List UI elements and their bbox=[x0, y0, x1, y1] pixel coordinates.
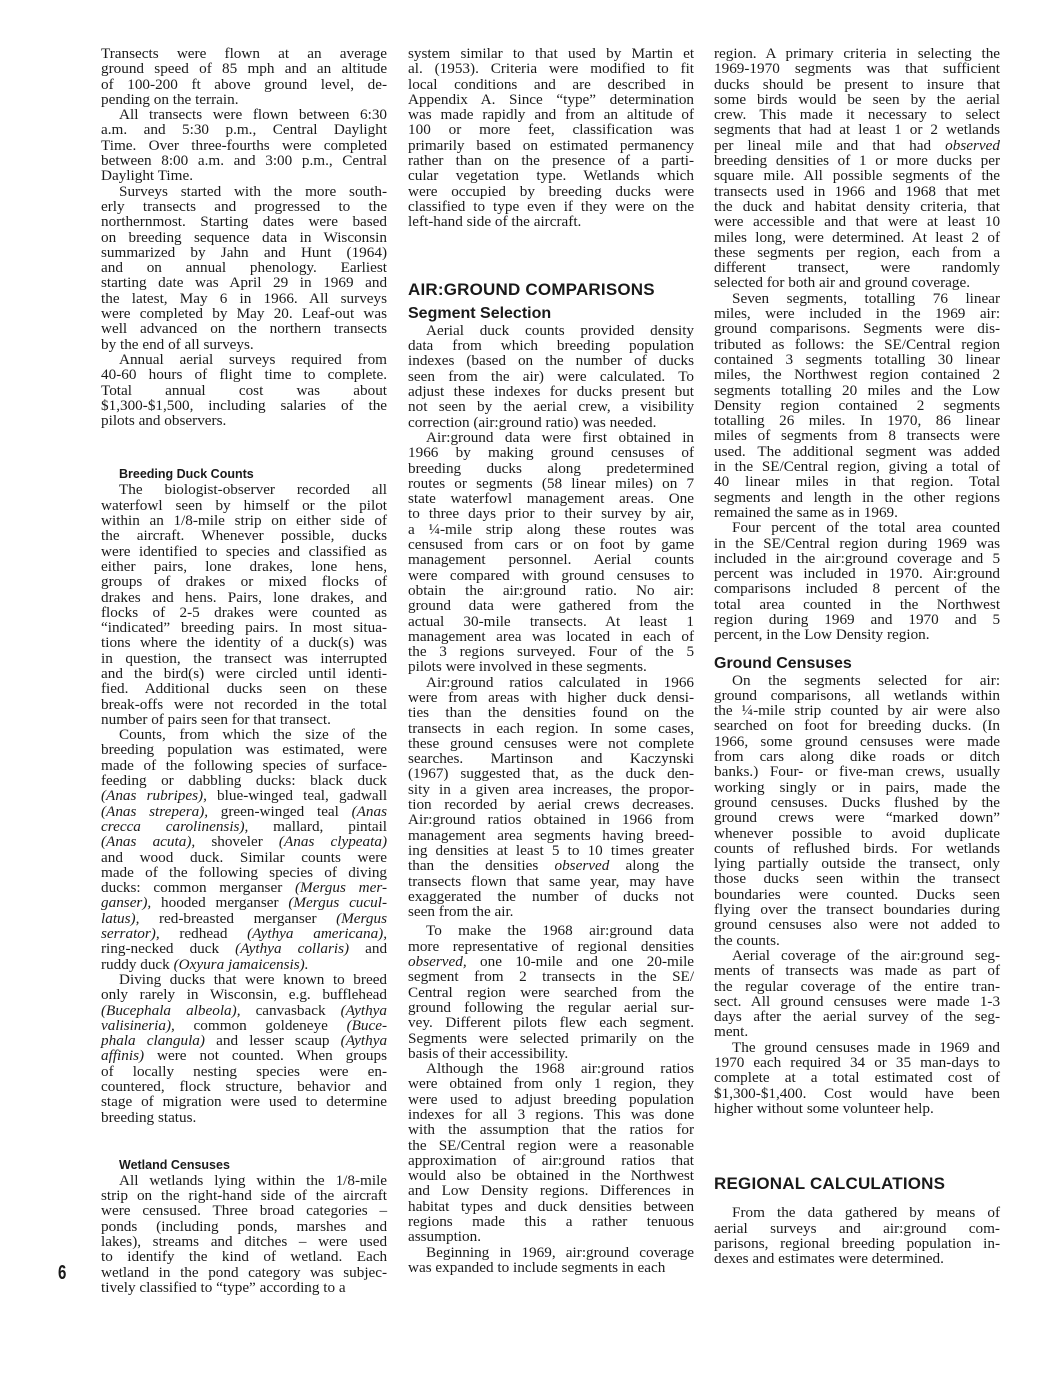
text-line: per lineal mile and that had observed bbox=[714, 138, 1000, 153]
text-line: phala clangula) and lesser scaup (Aythya bbox=[101, 1033, 387, 1048]
text-line: these ground censuses were not complete bbox=[408, 736, 694, 751]
text-line: different transect, were randomly bbox=[714, 260, 1000, 275]
text-line: segments totalling 20 miles and the Low bbox=[714, 383, 1000, 398]
text-line: tion recorded by aerial crews decreases. bbox=[408, 797, 694, 812]
text-line: not seen by the aerial crew, a visibilit… bbox=[408, 399, 694, 414]
text-line: the latest, May 6 in 1966. All surveys bbox=[101, 291, 387, 306]
text-line: lakes), streams and ditches – were used bbox=[101, 1234, 387, 1249]
text-line: The ground censuses made in 1969 and bbox=[714, 1040, 1000, 1055]
text-line: the SE/Central region were a reasonable bbox=[408, 1138, 694, 1153]
text-line: a ¼-mile strip along these routes was bbox=[408, 522, 694, 537]
text-line: these segments per region, each from a bbox=[714, 245, 1000, 260]
paragraph: Surveys started with the more south-erly… bbox=[101, 184, 387, 352]
text-line: valisineria), common goldeneye (Buce- bbox=[101, 1018, 387, 1033]
text-line: ring-necked duck (Aythya collaris) and bbox=[101, 941, 387, 956]
text-line: transects in each region. In some cases, bbox=[408, 721, 694, 736]
text-line: data from which breeding population bbox=[408, 338, 694, 353]
text-line: miles long, were determined. At least 2 … bbox=[714, 230, 1000, 245]
text-line: All transects were flown between 6:30 bbox=[101, 107, 387, 122]
paragraph: Four percent of the total area countedin… bbox=[714, 520, 1000, 642]
text-line: Density region contained 2 segments bbox=[714, 398, 1000, 413]
text-line: made of the following species of diving bbox=[101, 865, 387, 880]
text-line: Four percent of the total area counted bbox=[714, 520, 1000, 535]
text-line: (Bucephala albeola), canvasback (Aythya bbox=[101, 1003, 387, 1018]
text-line: days after the aerial survey of the seg- bbox=[714, 1009, 1000, 1024]
text-line: rather than on the presence of a parti- bbox=[408, 153, 694, 168]
text-line: selected for both air and ground coverag… bbox=[714, 275, 1000, 290]
text-line: region. A primary criteria in selecting … bbox=[714, 46, 1000, 61]
text-line: sity in a given area increases, the prop… bbox=[408, 782, 694, 797]
text-line: al. (1953). Criteria were modified to fi… bbox=[408, 61, 694, 76]
text-line: regions made this a rather tenuous bbox=[408, 1214, 694, 1229]
text-line: sect. All ground censuses were made 1-3 bbox=[714, 994, 1000, 1009]
text-line: crew. This made it necessary to select bbox=[714, 107, 1000, 122]
text-line: local conditions and are described in bbox=[408, 77, 694, 92]
text-line: miles, the Northwest region contained 2 bbox=[714, 367, 1000, 382]
text-line: miles, were included in the 1969 air: bbox=[714, 306, 1000, 321]
text-line: left-hand side of the aircraft. bbox=[408, 214, 694, 229]
text-line: ments of transects was made as part of bbox=[714, 963, 1000, 978]
text-line: were compared with ground censuses to bbox=[408, 568, 694, 583]
text-line: and wood duck. Similar counts were bbox=[101, 850, 387, 865]
text-line: approximation of air:ground ratios that bbox=[408, 1153, 694, 1168]
spacer bbox=[714, 1116, 1000, 1176]
text-line: 1966, some ground censuses were made bbox=[714, 734, 1000, 749]
text-line: obtain the air:ground ratio. No air: bbox=[408, 583, 694, 598]
text-line: Central region were searched from the bbox=[408, 985, 694, 1000]
text-line: were obtained from only 1 region, they bbox=[408, 1076, 694, 1091]
text-line: actual 30-mile transects. At least 1 bbox=[408, 614, 694, 629]
text-line: breeding ducks along predetermined bbox=[408, 461, 694, 476]
text-line: Daylight Time. bbox=[101, 168, 387, 183]
text-line: complete at a total estimated cost of bbox=[714, 1070, 1000, 1085]
text-line: than the densities observed along the bbox=[408, 858, 694, 873]
text-line: boundaries were counted. Ducks seen bbox=[714, 887, 1000, 902]
text-line: drakes and hens. Pairs, lone drakes, and bbox=[101, 590, 387, 605]
text-line: were from areas with higher duck densi- bbox=[408, 690, 694, 705]
text-line: Annual aerial surveys required from bbox=[101, 352, 387, 367]
text-line: 1966 by making ground censuses of bbox=[408, 445, 694, 460]
text-line: seen from the air) were calculated. To bbox=[408, 369, 694, 384]
text-line: ground comparisons, all wetlands within bbox=[714, 688, 1000, 703]
text-line: breeding population was estimated, were bbox=[101, 742, 387, 757]
text-line: to identify the kind of wetland. Each bbox=[101, 1249, 387, 1264]
text-line: countered, flock structure, behavior and bbox=[101, 1079, 387, 1094]
text-line: management personnel. Aerial counts bbox=[408, 552, 694, 567]
text-line: Aerial coverage of the air:ground seg- bbox=[714, 948, 1000, 963]
text-line: (Anas acuta), shoveler (Anas clypeata) bbox=[101, 834, 387, 849]
text-line: Aerial duck counts provided density bbox=[408, 323, 694, 338]
text-line: All wetlands lying within the 1/8-mile bbox=[101, 1173, 387, 1188]
text-line: ground censuses. Ducks flushed by the bbox=[714, 795, 1000, 810]
text-line: and Low Density regions. Differences in bbox=[408, 1183, 694, 1198]
text-line: (1967) suggested that, as the duck den- bbox=[408, 766, 694, 781]
text-line: the aircraft. Whenever possible, ducks bbox=[101, 528, 387, 543]
text-line: the duck and habitat density criteria, t… bbox=[714, 199, 1000, 214]
text-line: were censused. Three broad categories – bbox=[101, 1203, 387, 1218]
text-line: the ¼-mile strip counted by air were als… bbox=[714, 703, 1000, 718]
text-line: from cars along dike roads or ditch bbox=[714, 749, 1000, 764]
text-line: more representative of regional densitie… bbox=[408, 939, 694, 954]
text-line: transects flown that same year, may have bbox=[408, 874, 694, 889]
text-line: ground censuses also were not added to bbox=[714, 917, 1000, 932]
text-line: in question, the transect was interrupte… bbox=[101, 651, 387, 666]
text-line: pilots and observers. bbox=[101, 413, 387, 428]
text-line: classified to type even if they were on … bbox=[408, 199, 694, 214]
text-line: waterfowl seen by himself or the pilot bbox=[101, 498, 387, 513]
text-line: in the SE/Central region during 1969 was bbox=[714, 536, 1000, 551]
text-line: basis of their accessibility. bbox=[408, 1046, 694, 1061]
paragraph: Air:ground data were first obtained in19… bbox=[408, 430, 694, 675]
spacer bbox=[408, 230, 694, 282]
text-line: Segments were selected primarily on the bbox=[408, 1031, 694, 1046]
section-heading-regional-calculations: REGIONAL CALCULATIONS bbox=[714, 1176, 1000, 1191]
text-line: were occupied by breeding ducks were bbox=[408, 184, 694, 199]
text-line: used. The additional segment was added bbox=[714, 444, 1000, 459]
text-line: wetland in the pond category was subjec- bbox=[101, 1265, 387, 1280]
text-line: Total annual cost was about bbox=[101, 383, 387, 398]
text-line: percent, in the Low Density region. bbox=[714, 627, 1000, 642]
text-line: serrator), redhead (Aythya americana), bbox=[101, 926, 387, 941]
text-line: flocks of 2-5 drakes were counted as bbox=[101, 605, 387, 620]
text-line: primarily based on estimated permanency bbox=[408, 138, 694, 153]
paragraph: The ground censuses made in 1969 and1970… bbox=[714, 1040, 1000, 1116]
section-heading-air-ground-comparisons: AIR:GROUND COMPARISONS bbox=[408, 282, 694, 297]
text-line: either pairs, lone drakes, lone hens, bbox=[101, 559, 387, 574]
spacer bbox=[714, 1191, 1000, 1205]
text-line: adjust these indexes for ducks present b… bbox=[408, 384, 694, 399]
text-line: and the bird(s) were circled until ident… bbox=[101, 666, 387, 681]
text-line: working singly or in pairs, made the bbox=[714, 780, 1000, 795]
text-line: Time. Over three-fourths were completed bbox=[101, 138, 387, 153]
text-line: management area segments having breed- bbox=[408, 828, 694, 843]
text-line: latus), red-breasted merganser (Mergus bbox=[101, 911, 387, 926]
text-line: break-offs were not recorded in the tota… bbox=[101, 697, 387, 712]
text-line: northernmost. Starting dates were based bbox=[101, 214, 387, 229]
text-line: totalling 26 miles. In 1970, 86 linear bbox=[714, 413, 1000, 428]
text-line: the regular coverage of the entire tran- bbox=[714, 979, 1000, 994]
text-line: number of pairs seen for that transect. bbox=[101, 712, 387, 727]
text-line: ponds (including ponds, marshes and bbox=[101, 1219, 387, 1234]
text-line: seen from the air. bbox=[408, 904, 694, 919]
section-heading-segment-selection: Segment Selection bbox=[408, 305, 694, 323]
paragraph: Transects were flown at an averageground… bbox=[101, 46, 387, 107]
text-line: assumption. bbox=[408, 1229, 694, 1244]
text-line: 100 or more feet, classification was bbox=[408, 122, 694, 137]
text-line: with the assumption that the ratios for bbox=[408, 1122, 694, 1137]
spacer bbox=[101, 1125, 387, 1158]
text-line: some birds would be seen by the aerial bbox=[714, 92, 1000, 107]
text-line: “indicated” breeding pairs. In most situ… bbox=[101, 620, 387, 635]
text-line: miles of segments from 8 transects were bbox=[714, 428, 1000, 443]
text-line: feeding or dabbling ducks: black duck bbox=[101, 773, 387, 788]
text-line: aerial surveys and air:ground com- bbox=[714, 1221, 1000, 1236]
text-line: 40-60 hours of flight time to complete. bbox=[101, 367, 387, 382]
section-heading-ground-censuses: Ground Censuses bbox=[714, 655, 1000, 673]
text-line: observed, one 10-mile and one 20-mile bbox=[408, 954, 694, 969]
text-line: pilots were involved in these segments. bbox=[408, 659, 694, 674]
text-line: starting date was April 29 in 1969 and bbox=[101, 275, 387, 290]
text-line: Air:ground ratios obtained in 1966 from bbox=[408, 812, 694, 827]
text-line: breeding densities of 1 or more ducks pe… bbox=[714, 153, 1000, 168]
text-line: ground crews were “marked down” bbox=[714, 810, 1000, 825]
text-line: breeding status. bbox=[101, 1110, 387, 1125]
text-line: to three days prior to their survey by a… bbox=[408, 506, 694, 521]
paragraph: Counts, from which the size of thebreedi… bbox=[101, 727, 387, 972]
text-line: dexes and estimates were determined. bbox=[714, 1251, 1000, 1266]
text-line: ground following the regular aerial sur- bbox=[408, 1000, 694, 1015]
text-line: were used to adjust breeding population bbox=[408, 1092, 694, 1107]
paragraph: All transects were flown between 6:30a.m… bbox=[101, 107, 387, 183]
text-line: vey. Different pilots flew each segment. bbox=[408, 1015, 694, 1030]
text-line: between 8:00 a.m. and 3:00 p.m., Central bbox=[101, 153, 387, 168]
text-line: within an 1/8-mile strip on either side … bbox=[101, 513, 387, 528]
text-line: (Anas strepera), green-winged teal (Anas bbox=[101, 804, 387, 819]
text-line: affinis) were not counted. When groups bbox=[101, 1048, 387, 1063]
text-line: Seven segments, totalling 76 linear bbox=[714, 291, 1000, 306]
text-line: 1969-1970 segments was that sufficient bbox=[714, 61, 1000, 76]
text-line: ducks should be present to insure that bbox=[714, 77, 1000, 92]
text-line: tions where the identity of a duck(s) wa… bbox=[101, 635, 387, 650]
text-line: groups of drakes or mixed flocks of bbox=[101, 574, 387, 589]
text-line: $1,300-$1,400. Cost would have been bbox=[714, 1086, 1000, 1101]
text-line: were identified to species and classifie… bbox=[101, 544, 387, 559]
text-line: tively classified to “type” according to… bbox=[101, 1280, 387, 1295]
paragraph: Seven segments, totalling 76 linearmiles… bbox=[714, 291, 1000, 520]
paragraph: Aerial duck counts provided densitydata … bbox=[408, 323, 694, 430]
section-heading-wetland-censuses: Wetland Censuses bbox=[101, 1158, 387, 1173]
text-line: Air:ground ratios calculated in 1966 bbox=[408, 675, 694, 690]
text-line: searched on foot for breeding ducks. (In bbox=[714, 718, 1000, 733]
text-line: 1970 each required 34 or 35 man-days to bbox=[714, 1055, 1000, 1070]
text-line: The biologist-observer recorded all bbox=[101, 482, 387, 497]
text-line: was expanded to include segments in each bbox=[408, 1260, 694, 1275]
text-line: a.m. and 5:30 p.m., Central Daylight bbox=[101, 122, 387, 137]
text-line: ground data were gathered from the bbox=[408, 598, 694, 613]
text-line: habitat types and duck densities between bbox=[408, 1199, 694, 1214]
paragraph: From the data gathered by means ofaerial… bbox=[714, 1205, 1000, 1266]
text-line: On the segments selected for air: bbox=[714, 673, 1000, 688]
paragraph: Although the 1968 air:ground ratioswere … bbox=[408, 1061, 694, 1245]
paragraph: On the segments selected for air:ground … bbox=[714, 673, 1000, 948]
text-line: censused from cars or on foot by game bbox=[408, 537, 694, 552]
text-line: stage of migration were used to determin… bbox=[101, 1094, 387, 1109]
text-line: Counts, from which the size of the bbox=[101, 727, 387, 742]
text-line: of locally nesting species were en- bbox=[101, 1064, 387, 1079]
paragraph: region. A primary criteria in selecting … bbox=[714, 46, 1000, 291]
text-line: Air:ground data were first obtained in bbox=[408, 430, 694, 445]
text-line: fied. Additional ducks seen on these bbox=[101, 681, 387, 696]
text-line: 40 linear miles in that region. Total bbox=[714, 474, 1000, 489]
text-line: were accessible and that were at least 1… bbox=[714, 214, 1000, 229]
text-line: contained 3 segments totalling 30 linear bbox=[714, 352, 1000, 367]
text-line: parisons, regional breeding population i… bbox=[714, 1236, 1000, 1251]
text-line: made of the following species of surface… bbox=[101, 758, 387, 773]
paragraph: Diving ducks that were known to breedonl… bbox=[101, 972, 387, 1125]
text-line: cular vegetation type. Wetlands which bbox=[408, 168, 694, 183]
text-line: ground comparisons. Segments were dis- bbox=[714, 321, 1000, 336]
text-line: the counts. bbox=[714, 933, 1000, 948]
text-line: erly transects and progressed to the bbox=[101, 199, 387, 214]
section-heading-breeding-duck-counts: Breeding Duck Counts bbox=[101, 467, 387, 482]
text-line: Although the 1968 air:ground ratios bbox=[408, 1061, 694, 1076]
paragraph: All wetlands lying within the 1/8-milest… bbox=[101, 1173, 387, 1295]
text-line: the 3 regions surveyed. Four of the 5 bbox=[408, 644, 694, 659]
paragraph: To make the 1968 air:ground datamore rep… bbox=[408, 923, 694, 1061]
text-line: system similar to that used by Martin et bbox=[408, 46, 694, 61]
text-line: routes or segments (58 linear miles) on … bbox=[408, 476, 694, 491]
paragraph: Aerial coverage of the air:ground seg-me… bbox=[714, 948, 1000, 1040]
text-line: ground speed of 85 mph and an altitude bbox=[101, 61, 387, 76]
paragraph: system similar to that used by Martin et… bbox=[408, 46, 694, 230]
text-line: remained the same as in 1969. bbox=[714, 505, 1000, 520]
text-line: exaggerated the number of ducks not bbox=[408, 889, 694, 904]
text-line: ment. bbox=[714, 1024, 1000, 1039]
text-line: those ducks seen within the transect bbox=[714, 871, 1000, 886]
text-line: Surveys started with the more south- bbox=[101, 184, 387, 199]
text-line: included in the air:ground coverage and … bbox=[714, 551, 1000, 566]
text-line: Appendix A. Since “type” determination bbox=[408, 92, 694, 107]
text-line: crecca carolinensis), mallard, pintail bbox=[101, 819, 387, 834]
text-line: counts of reflushed birds. For wetlands bbox=[714, 841, 1000, 856]
text-column-2: system similar to that used by Martin et… bbox=[408, 46, 694, 1275]
text-line: segment from 2 transects in the SE/ bbox=[408, 969, 694, 984]
text-line: ties than the densities found on the bbox=[408, 705, 694, 720]
text-line: banks.) Four- or five-man crews, usually bbox=[714, 764, 1000, 779]
paragraph: Beginning in 1969, air:ground coveragewa… bbox=[408, 1245, 694, 1276]
text-line: were completed by May 20. Leaf-out was bbox=[101, 306, 387, 321]
text-line: well advanced on the northern transects bbox=[101, 321, 387, 336]
text-line: in the SE/Central region, giving a total… bbox=[714, 459, 1000, 474]
text-line: ganser), hooded merganser (Mergus cucul- bbox=[101, 895, 387, 910]
text-line: ruddy duck (Oxyura jamaicensis). bbox=[101, 957, 387, 972]
text-line: segments that had at least 1 or 2 wetlan… bbox=[714, 122, 1000, 137]
text-line: strip on the right-hand side of the airc… bbox=[101, 1188, 387, 1203]
text-line: tributed as follows: the SE/Central regi… bbox=[714, 337, 1000, 352]
text-line: total area counted in the Northwest bbox=[714, 597, 1000, 612]
spacer bbox=[101, 428, 387, 467]
text-line: To make the 1968 air:ground data bbox=[408, 923, 694, 938]
paragraph: Annual aerial surveys required from40-60… bbox=[101, 352, 387, 428]
text-line: state waterfowl management areas. One bbox=[408, 491, 694, 506]
text-line: region during 1969 and 1970 and 5 bbox=[714, 612, 1000, 627]
text-line: by the end of all surveys. bbox=[101, 337, 387, 352]
text-line: would also be obtained in the Northwest bbox=[408, 1168, 694, 1183]
text-line: ing densities at least 5 to 10 times gre… bbox=[408, 843, 694, 858]
text-column-1: Transects were flown at an averageground… bbox=[101, 46, 387, 1295]
paragraph: Air:ground ratios calculated in 1966were… bbox=[408, 675, 694, 920]
text-line: of 100-200 ft above ground level, de- bbox=[101, 77, 387, 92]
text-column-3: region. A primary criteria in selecting … bbox=[714, 46, 1000, 1267]
text-line: percent was included in 1970. Air:ground bbox=[714, 566, 1000, 581]
text-line: Diving ducks that were known to breed bbox=[101, 972, 387, 987]
text-line: and on annual phenology. Earliest bbox=[101, 260, 387, 275]
text-line: on breeding sequence data in Wisconsin bbox=[101, 230, 387, 245]
text-line: flying over the transect boundaries duri… bbox=[714, 902, 1000, 917]
text-line: Transects were flown at an average bbox=[101, 46, 387, 61]
text-line: transects used in 1966 and 1968 that met bbox=[714, 184, 1000, 199]
text-line: square mile. All possible segments of th… bbox=[714, 168, 1000, 183]
text-line: ducks: common merganser (Mergus mer- bbox=[101, 880, 387, 895]
spacer bbox=[714, 643, 1000, 655]
text-line: higher without some volunteer help. bbox=[714, 1101, 1000, 1116]
text-line: management area was located in each of bbox=[408, 629, 694, 644]
text-line: pending on the terrain. bbox=[101, 92, 387, 107]
text-line: was made rapidly and from an altitude of bbox=[408, 107, 694, 122]
text-line: indexes for all 3 regions. This was done bbox=[408, 1107, 694, 1122]
page-number: 6 bbox=[58, 1262, 66, 1285]
text-line: comparisons included 8 percent of the bbox=[714, 581, 1000, 596]
text-line: whenever possible to avoid duplicate bbox=[714, 826, 1000, 841]
text-line: summarized by Jahn and Hunt (1964) bbox=[101, 245, 387, 260]
text-line: (Anas rubripes), blue-winged teal, gadwa… bbox=[101, 788, 387, 803]
text-line: searches. Martinson and Kaczynski bbox=[408, 751, 694, 766]
paragraph: The biologist-observer recorded allwater… bbox=[101, 482, 387, 727]
text-line: correction (air:ground ratio) was needed… bbox=[408, 415, 694, 430]
text-line: Beginning in 1969, air:ground coverage bbox=[408, 1245, 694, 1260]
text-line: segments and length in the other regions bbox=[714, 490, 1000, 505]
text-line: $1,300-$1,500, including salaries of the bbox=[101, 398, 387, 413]
text-line: only rarely in Wisconsin, e.g. bufflehea… bbox=[101, 987, 387, 1002]
text-line: lying partially outside the transect, on… bbox=[714, 856, 1000, 871]
text-line: indexes (based on the number of ducks bbox=[408, 353, 694, 368]
text-line: From the data gathered by means of bbox=[714, 1205, 1000, 1220]
